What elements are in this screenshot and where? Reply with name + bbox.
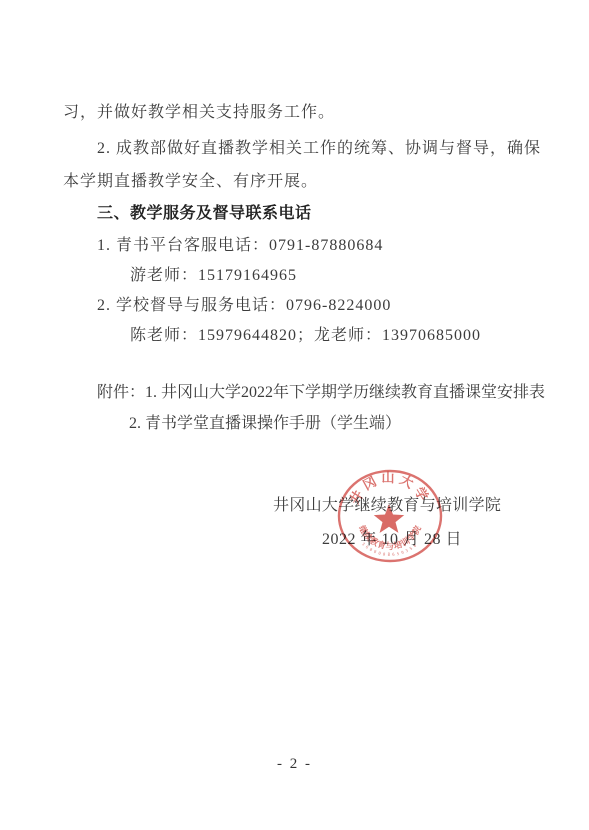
document-page: 习，并做好教学相关支持服务工作。 2. 成教部做好直播教学相关工作的统筹、协调与… <box>0 0 589 830</box>
signature-org: 井冈山大学继续教育与培训学院 <box>273 497 501 514</box>
attachment-line-1: 附件：1. 井冈山大学2022年下学期学历继续教育直播课堂安排表 <box>97 384 545 401</box>
page-number: - 2 - <box>0 756 589 773</box>
body-paragraph-tail: 习，并做好教学相关支持服务工作。 <box>63 104 335 121</box>
contact-line-teachers-chen-long: 陈老师：15979644820；龙老师：13970685000 <box>130 327 481 344</box>
attachment-line-2: 2. 青书学堂直播课操作手册（学生端） <box>129 415 401 432</box>
official-seal: 井冈山大学 继续教育与培训学院 3608008650358 <box>330 462 450 572</box>
contact-line-school-phone: 2. 学校督导与服务电话：0796-8224000 <box>97 297 391 314</box>
contact-line-platform-phone: 1. 青书平台客服电话：0791-87880684 <box>97 237 383 254</box>
section-heading: 三、教学服务及督导联系电话 <box>97 205 312 222</box>
signature-date: 2022 年 10 月 28 日 <box>322 531 462 548</box>
contact-line-teacher-you: 游老师：15179164965 <box>130 267 297 284</box>
body-paragraph-2-line-2: 本学期直播教学安全、有序开展。 <box>63 173 318 190</box>
body-paragraph-2-line-1: 2. 成教部做好直播教学相关工作的统筹、协调与督导，确保 <box>97 140 541 157</box>
